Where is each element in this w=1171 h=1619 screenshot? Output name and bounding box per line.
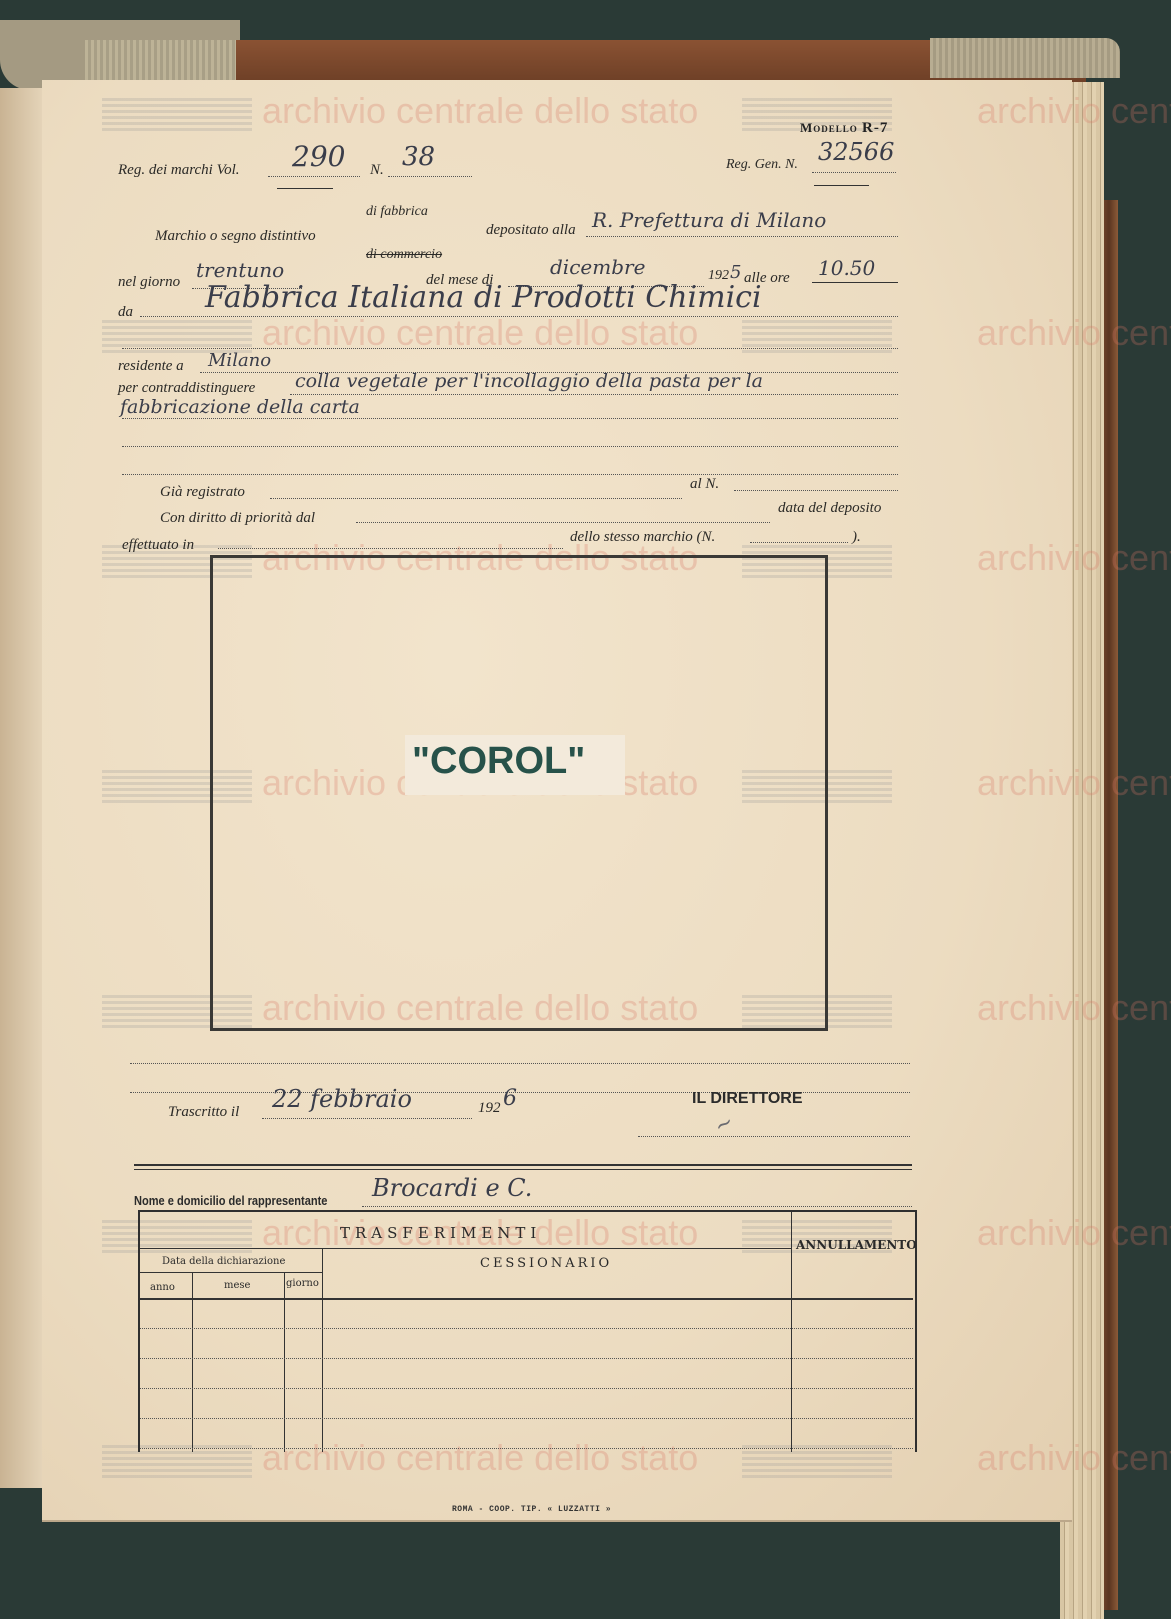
watermark: archivio centrale dello stato — [977, 90, 1171, 132]
header-bottom-rule — [140, 1298, 913, 1300]
rappresentante-label: Nome e domicilio del rappresentante — [134, 1193, 327, 1208]
trademark-text: "COROL" — [412, 740, 585, 783]
contraddistinguere-value-line1: colla vegetale per l'incollaggio della p… — [295, 370, 763, 392]
form-model: Modello R-7 — [800, 120, 888, 137]
trascritto-value: 22 febbraio — [272, 1085, 412, 1113]
annullamento-header: ANNULLAMENTO — [796, 1238, 917, 1252]
rappresentante-field-line — [362, 1206, 912, 1207]
trascritto-label: Trascritto il — [168, 1104, 239, 1121]
reg-gen-value: 32566 — [818, 138, 894, 166]
table-row — [140, 1358, 913, 1359]
watermark: archivio centrale dello stato — [977, 1437, 1171, 1479]
blank-line — [122, 446, 898, 447]
form-model-code: R-7 — [862, 120, 888, 136]
archive-logo-watermark — [742, 320, 892, 356]
marchio-label: Marchio o segno distintivo — [155, 228, 316, 245]
watermark: archivio centrale dello stato — [262, 90, 698, 132]
watermark: archivio centrale dello stato — [977, 987, 1171, 1029]
da-field-line — [140, 316, 898, 317]
watermark: archivio centrale dello stato — [977, 537, 1171, 579]
da-label: da — [118, 304, 133, 321]
book-spine-cloth — [85, 40, 240, 85]
director-signature-line — [638, 1136, 910, 1137]
priorita-label: Con diritto di priorità dal — [160, 510, 315, 527]
stesso-marchio-field-line — [750, 542, 848, 543]
cessionario-divider — [322, 1248, 323, 1452]
effettuato-field-line — [218, 548, 563, 549]
col-giorno: giorno — [286, 1278, 319, 1289]
nel-giorno-value: trentuno — [196, 258, 284, 282]
section-divider-thin — [134, 1169, 912, 1170]
nel-giorno-label: nel giorno — [118, 274, 180, 291]
trascritto-year-hand: 6 — [503, 1086, 517, 1111]
reg-gen-label: Reg. Gen. N. — [726, 157, 798, 173]
annullamento-divider — [791, 1212, 792, 1307]
n-field-line — [388, 176, 472, 177]
trasferimenti-table: TRASFERIMENTI ANNULLAMENTO Data della di… — [138, 1210, 917, 1452]
blank-line — [122, 474, 898, 475]
contraddistinguere-field-line — [290, 394, 898, 395]
gia-registrato-field-line — [270, 498, 682, 499]
watermark: archivio centrale dello stato — [977, 312, 1171, 354]
data-deposito-label: data del deposito — [778, 500, 881, 517]
reg-gen-field-line — [812, 172, 896, 173]
table-row — [140, 1448, 913, 1449]
di-fabbrica-label: di fabbrica — [366, 204, 428, 220]
contraddistinguere-field-line-2 — [122, 418, 898, 419]
reg-marchi-vol-value: 290 — [292, 140, 345, 173]
stesso-marchio-close: ). — [852, 529, 861, 546]
contraddistinguere-value-line2: fabbricazione della carta — [120, 396, 360, 418]
table-title: TRASFERIMENTI — [340, 1224, 541, 1242]
col-anno: anno — [150, 1282, 175, 1293]
di-commercio-struck: di commercio — [366, 247, 442, 263]
n-label: N. — [370, 162, 384, 179]
vol-field-line — [268, 176, 360, 177]
reg-gen-underline — [814, 185, 869, 186]
priorita-field-line — [356, 522, 770, 523]
cessionario-header: CESSIONARIO — [480, 1256, 612, 1271]
al-n-label: al N. — [690, 476, 719, 493]
alle-ore-field-line — [812, 282, 898, 283]
blank-line — [130, 1063, 910, 1064]
rappresentante-value: Brocardi e C. — [372, 1174, 532, 1202]
director-label: IL DIRETTORE — [692, 1090, 803, 1108]
contraddistinguere-label: per contraddistinguere — [118, 380, 255, 397]
annullamento-col-divider — [791, 1298, 792, 1452]
watermark: archivio centrale dello stato — [977, 762, 1171, 804]
watermark: archivio centrale dello stato — [977, 1212, 1171, 1254]
data-dichiarazione-header: Data della dichiarazione — [162, 1256, 285, 1267]
section-divider — [134, 1164, 912, 1166]
archive-logo-watermark — [102, 98, 252, 134]
stesso-marchio-label: dello stesso marchio (N. — [570, 529, 715, 546]
vol-underline — [277, 188, 333, 189]
residente-value: Milano — [208, 350, 271, 371]
al-n-field-line — [734, 490, 898, 491]
facing-page-edge — [0, 88, 46, 1488]
reg-marchi-n-value: 38 — [402, 142, 435, 172]
depositato-label: depositato alla — [486, 222, 576, 239]
table-row — [140, 1328, 913, 1329]
col-mese: mese — [224, 1280, 250, 1291]
effettuato-label: effettuato in — [122, 537, 194, 554]
printer-imprint: ROMA - COOP. TIP. « LUZZATTI » — [452, 1505, 611, 1514]
gia-registrato-label: Già registrato — [160, 484, 245, 501]
del-mese-value: dicembre — [550, 255, 645, 279]
table-row — [140, 1418, 913, 1419]
form-model-prefix: Modello — [800, 120, 858, 135]
trascritto-field-line — [262, 1118, 472, 1119]
table-row — [140, 1388, 913, 1389]
reg-marchi-label: Reg. dei marchi Vol. — [118, 162, 240, 179]
depositato-field-line — [586, 236, 898, 237]
depositato-value: R. Prefettura di Milano — [592, 208, 826, 232]
blank-line — [122, 348, 898, 349]
alle-ore-value: 10.50 — [818, 256, 875, 280]
da-value: Fabbrica Italiana di Prodotti Chimici — [205, 280, 762, 315]
data-header-divider — [140, 1272, 322, 1273]
residente-label: residente a — [118, 358, 184, 375]
trascritto-year-printed: 192 — [478, 1100, 501, 1117]
book-corner-cloth — [930, 38, 1120, 78]
table-title-divider — [140, 1248, 792, 1249]
